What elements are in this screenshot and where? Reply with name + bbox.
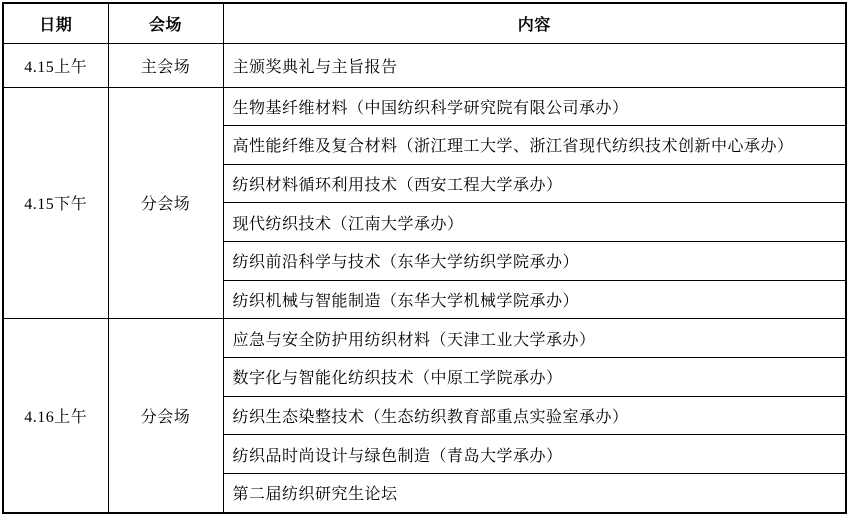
table-header-row: 日期 会场 内容 [3, 3, 846, 43]
venue-cell: 分会场 [108, 319, 223, 513]
date-cell: 4.16上午 [3, 319, 108, 513]
table-row: 4.15下午分会场生物基纤维材料（中国纺织科学研究院有限公司承办） [3, 87, 846, 126]
content-cell: 现代纺织技术（江南大学承办） [223, 203, 846, 242]
venue-cell: 主会场 [108, 43, 223, 87]
content-cell: 纺织前沿科学与技术（东华大学纺织学院承办） [223, 242, 846, 281]
content-cell: 主颁奖典礼与主旨报告 [223, 43, 846, 87]
header-cell-date: 日期 [3, 3, 108, 43]
schedule-table-body: 4.15上午主会场主颁奖典礼与主旨报告4.15下午分会场生物基纤维材料（中国纺织… [3, 43, 846, 513]
header-cell-content: 内容 [223, 3, 846, 43]
table-row: 4.15上午主会场主颁奖典礼与主旨报告 [3, 43, 846, 87]
content-cell: 纺织机械与智能制造（东华大学机械学院承办） [223, 280, 846, 319]
content-cell: 第二届纺织研究生论坛 [223, 473, 846, 513]
header-cell-venue: 会场 [108, 3, 223, 43]
schedule-page: 日期 会场 内容 4.15上午主会场主颁奖典礼与主旨报告4.15下午分会场生物基… [0, 0, 849, 516]
content-cell: 纺织生态染整技术（生态纺织教育部重点实验室承办） [223, 396, 846, 435]
date-cell: 4.15下午 [3, 87, 108, 319]
content-cell: 纺织材料循环利用技术（西安工程大学承办） [223, 164, 846, 203]
content-cell: 高性能纤维及复合材料（浙江理工大学、浙江省现代纺织技术创新中心承办） [223, 126, 846, 165]
table-row: 4.16上午分会场应急与安全防护用纺织材料（天津工业大学承办） [3, 319, 846, 358]
content-cell: 纺织品时尚设计与绿色制造（青岛大学承办） [223, 435, 846, 474]
content-cell: 数字化与智能化纺织技术（中原工学院承办） [223, 357, 846, 396]
date-cell: 4.15上午 [3, 43, 108, 87]
venue-cell: 分会场 [108, 87, 223, 319]
content-cell: 生物基纤维材料（中国纺织科学研究院有限公司承办） [223, 87, 846, 126]
schedule-table: 日期 会场 内容 4.15上午主会场主颁奖典礼与主旨报告4.15下午分会场生物基… [2, 2, 847, 514]
content-cell: 应急与安全防护用纺织材料（天津工业大学承办） [223, 319, 846, 358]
